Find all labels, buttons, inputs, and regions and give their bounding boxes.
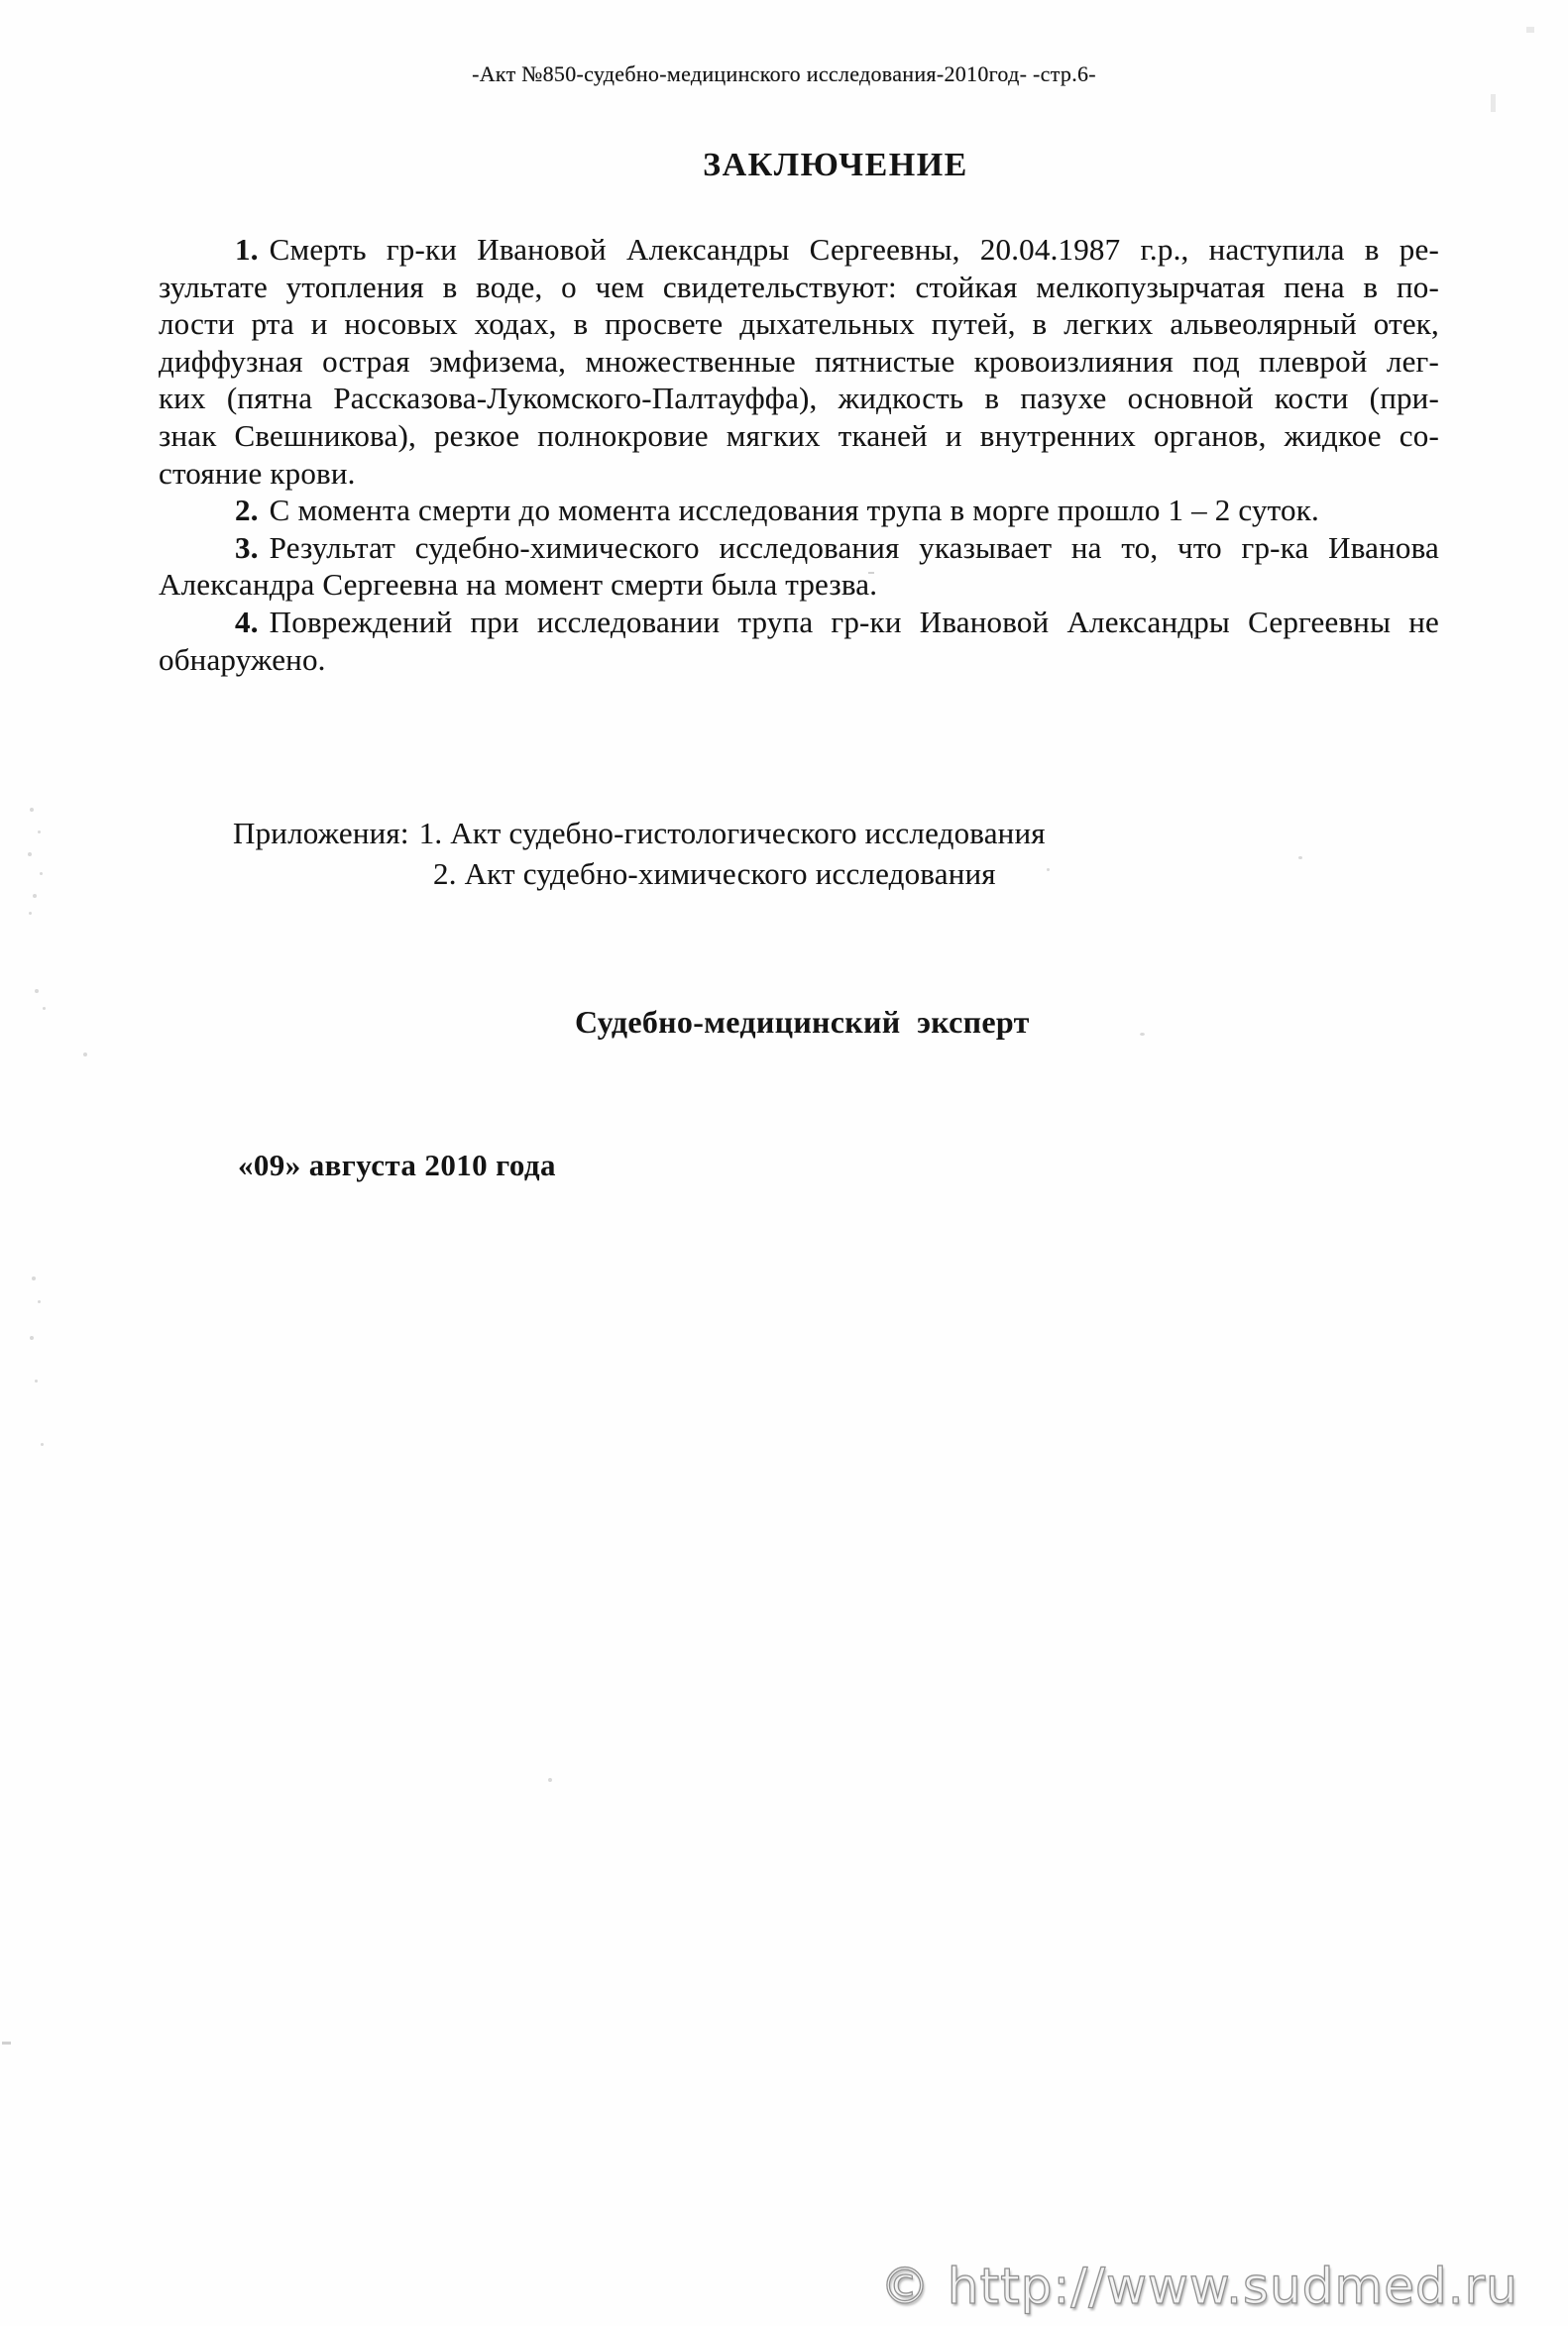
text-line: знак Свешникова), резкое полнокровие мяг… <box>159 417 1439 455</box>
text-line: Александра Сергеевна на момент смерти бы… <box>159 566 1439 604</box>
conclusion-paragraph-2: 2.С момента смерти до момента исследован… <box>159 492 1439 529</box>
scan-artifact <box>1526 27 1534 33</box>
scan-artifact <box>29 912 32 915</box>
scan-artifact <box>2 2042 11 2045</box>
scan-artifact <box>43 1007 46 1010</box>
scan-artifact <box>30 808 34 812</box>
attachment-item: Приложения:1. Акт судебно-гистологическо… <box>233 813 1046 853</box>
scan-artifact <box>28 852 32 856</box>
conclusion-paragraph-3: 3.Результат судебно-химического исследов… <box>159 529 1439 604</box>
scan-artifact <box>32 1276 36 1280</box>
attachments-block: Приложения:1. Акт судебно-гистологическо… <box>233 813 1046 894</box>
scan-artifact <box>35 989 39 993</box>
sudmed-watermark: © http://www.sudmed.ru <box>880 2258 1518 2315</box>
scan-artifact <box>40 872 43 875</box>
document-page: -Акт №850-судебно-медицинского исследова… <box>0 0 1568 2326</box>
conclusion-paragraph-1: 1.Смерть гр-ки Ивановой Александры Серге… <box>159 231 1439 492</box>
scan-artifact <box>548 1778 552 1782</box>
paragraph-number: 3. <box>235 530 259 565</box>
paragraph-number: 2. <box>235 493 259 527</box>
conclusion-body: 1.Смерть гр-ки Ивановой Александры Серге… <box>159 231 1439 678</box>
scan-artifact <box>868 572 874 574</box>
scan-artifact <box>38 1300 41 1303</box>
text-line: зультате утопления в воде, о чем свидете… <box>159 269 1439 306</box>
text-line: 3.Результат судебно-химического исследов… <box>159 529 1439 567</box>
text-line: диффузная острая эмфизема, множественные… <box>159 343 1439 381</box>
scan-artifact <box>1047 868 1050 871</box>
text-line: ких (пятна Рассказова-Лукомского-Палтауф… <box>159 380 1439 417</box>
scan-artifact <box>30 1336 34 1340</box>
scan-artifact <box>1298 856 1302 859</box>
scan-artifact <box>1491 94 1496 112</box>
text-line: 4.Повреждений при исследовании трупа гр-… <box>159 604 1439 641</box>
document-title: ЗАКЛЮЧЕНИЕ <box>52 147 1568 184</box>
scan-artifact <box>41 1443 44 1446</box>
scan-artifact <box>33 894 37 898</box>
scan-artifact <box>35 1380 38 1383</box>
text-line: лости рта и носовых ходах, в просвете ды… <box>159 305 1439 343</box>
attachment-item: 2. Акт судебно-химического исследования <box>433 853 1046 894</box>
document-date: «09» августа 2010 года <box>238 1148 556 1183</box>
attachments-label: Приложения: <box>233 816 409 850</box>
text-line: 2.С момента смерти до момента исследован… <box>159 492 1439 529</box>
expert-signature-line: Судебно-медицинский эксперт <box>575 1004 1030 1041</box>
paragraph-number: 1. <box>235 232 259 267</box>
scan-artifact <box>83 1052 87 1056</box>
text-line: обнаружено. <box>159 641 1439 679</box>
conclusion-paragraph-4: 4.Повреждений при исследовании трупа гр-… <box>159 604 1439 678</box>
page-header-running-title: -Акт №850-судебно-медицинского исследова… <box>0 61 1568 87</box>
scan-artifact <box>1140 1033 1145 1036</box>
text-line: стояние крови. <box>159 455 1439 493</box>
scan-artifact <box>38 831 41 833</box>
paragraph-number: 4. <box>235 605 259 639</box>
text-line: 1.Смерть гр-ки Ивановой Александры Серге… <box>159 231 1439 269</box>
